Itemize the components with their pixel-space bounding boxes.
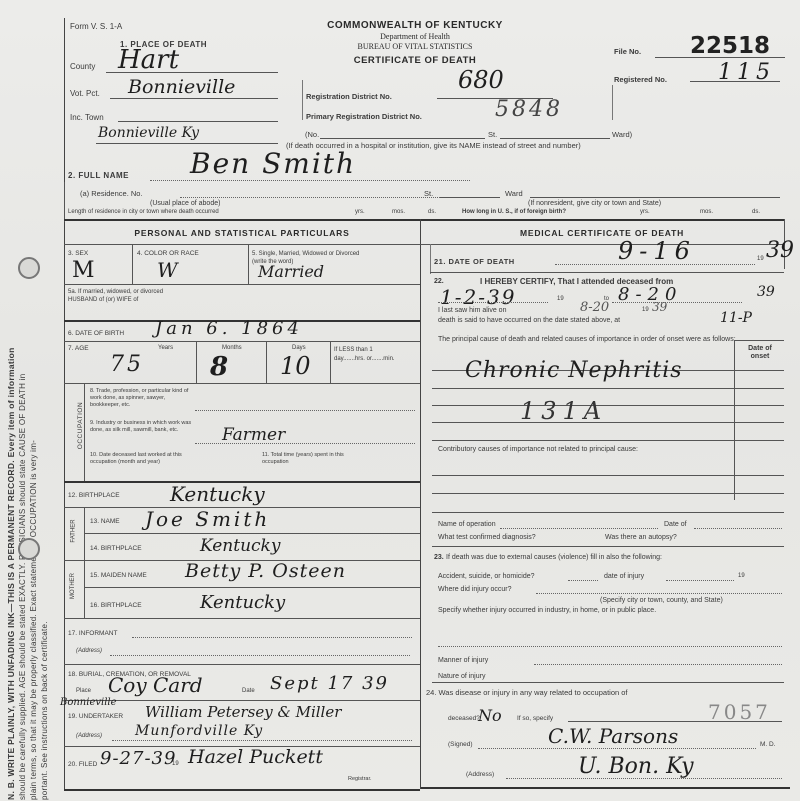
father-name-value: Joe Smith [145, 507, 270, 531]
date-of-death-label: 21. DATE OF DEATH [434, 257, 515, 266]
reg-divider-right [612, 85, 613, 120]
occupation-related-value: No [478, 706, 502, 725]
trade-label: 8. Trade, profession, or particular kind… [90, 388, 195, 409]
burial-date-value: Sept 17 39 [270, 673, 389, 694]
us-yrs-label: yrs. [640, 209, 650, 215]
date-of-death-year-prefix: 19 [757, 256, 764, 262]
accident-line [568, 580, 598, 581]
address-st-line [500, 138, 610, 139]
principal-cause-label: The principal cause of death and related… [438, 335, 783, 344]
address-st-label: St. [488, 130, 497, 139]
age-years-label: Years [158, 345, 173, 351]
row-divider-burial [64, 700, 420, 701]
date-of-injury-label: date of injury [604, 573, 644, 580]
city-value: Bonnieville Ky [98, 125, 199, 141]
age-months-label: Months [222, 345, 242, 351]
date-of-death-value: 9-16 [618, 237, 696, 265]
date-of-injury-line [666, 580, 734, 581]
physician-address: U. Bon. Ky [578, 754, 694, 779]
undertaker-value: William Petersey & Miller [145, 703, 341, 721]
file-no-value: 22518 [690, 33, 770, 59]
county-value: Hart [118, 45, 179, 75]
if-so-label: If so, specify [517, 715, 553, 722]
reg-divider-left [302, 80, 303, 120]
medical-header-bottom [420, 244, 784, 245]
operation-bottom [432, 546, 784, 547]
last-saw-19: 19 [642, 307, 649, 313]
bureau-title: BUREAU OF VITAL STATISTICS [290, 42, 540, 51]
age-months-divider [266, 341, 267, 383]
burial-place-label: Place [76, 688, 91, 694]
registration-district-label: Registration District No. [306, 92, 392, 101]
address-no-label: (No. [305, 130, 319, 139]
nature-label: Nature of injury [438, 673, 485, 680]
margin-line-3: plain terms, so that it may be properly … [28, 0, 39, 800]
sex-value: M [72, 258, 95, 283]
dob-label: 6. DATE OF BIRTH [68, 330, 124, 337]
external-label: If death was due to external causes (vio… [446, 554, 782, 562]
personal-section-title: PERSONAL AND STATISTICAL PARTICULARS [64, 228, 420, 238]
undertaker-label: 19. UNDERTAKER [68, 713, 123, 720]
undertaker-address-label: (Address) [76, 733, 102, 739]
attended-from-value: 1-2-39 [440, 285, 516, 309]
commonwealth-title: COMMONWEALTH OF KENTUCKY [290, 20, 540, 31]
burial-date-label: Date [242, 688, 255, 694]
age-days-divider [330, 341, 331, 383]
residence-label: (a) Residence. No. [80, 189, 143, 198]
time-of-death: 11-P [720, 310, 752, 326]
row-divider-age [64, 383, 420, 384]
filed-label: 20. FILED [68, 761, 97, 768]
registered-no-label: Registered No. [614, 75, 667, 84]
full-name-line [150, 180, 470, 181]
inc-town-label: Inc. Town [70, 113, 104, 122]
vot-pct-label: Vot. Pct. [70, 89, 100, 98]
vot-pct-line [110, 98, 278, 99]
father-birthplace-value: Kentucky [200, 536, 280, 556]
age-years-divider [196, 341, 197, 383]
residence-ward-line [530, 197, 780, 198]
age-years-value: 75 [110, 352, 144, 377]
punch-hole-bottom [18, 538, 40, 560]
registrar-signature: Hazel Puckett [188, 746, 323, 768]
length-ds-label: ds. [428, 209, 436, 215]
autopsy-label: Was there an autopsy? [605, 534, 677, 541]
where-injury-label: Where did injury occur? [438, 586, 512, 593]
row-divider-mother-name [84, 587, 420, 588]
test-label: What test confirmed diagnosis? [438, 534, 536, 541]
color-value: W [157, 258, 178, 282]
date-of-death-bottom [430, 272, 784, 273]
age-days-label: Days [292, 345, 306, 351]
us-mos-label: mos. [700, 209, 713, 215]
county-label: County [70, 62, 95, 71]
informant-line [132, 637, 412, 638]
row-divider-sex [64, 284, 420, 285]
residence-ward-label: Ward [505, 189, 523, 198]
sex-label: 3. SEX [68, 250, 88, 257]
residence-line [180, 197, 450, 198]
contributory-label: Contributory causes of importance not re… [438, 446, 688, 454]
bottom-frame-right [420, 787, 790, 789]
primary-registration-label: Primary Registration District No. [306, 112, 422, 121]
cause-line-4 [432, 422, 784, 423]
address-label: (Address) [466, 771, 494, 778]
attended-from-line [438, 302, 548, 303]
burial-town-value: Bonnieville [60, 697, 117, 708]
last-worked-label: 10. Date deceased last worked at this oc… [90, 452, 195, 466]
mother-birthplace-label: 16. BIRTHPLACE [90, 602, 142, 609]
industry-line [195, 443, 415, 444]
physician-signature: C.W. Parsons [548, 724, 678, 748]
occupation-related-label: 24. Was disease or injury in any way rel… [426, 688, 628, 697]
file-no-label: File No. [614, 47, 641, 56]
primary-registration-value: 5848 [495, 97, 563, 122]
last-saw-label: I last saw him alive on [438, 307, 506, 314]
margin-line-1: N. B. WRITE PLAINLY, WITH UNFADING INK—T… [6, 0, 17, 800]
injury-place-line [438, 646, 782, 647]
date-of-death-year: 39 [766, 238, 794, 263]
punch-hole-top [18, 257, 40, 279]
operation-line [500, 528, 658, 529]
dob-value: Jan 6. 1864 [155, 318, 303, 339]
color-label: 4. COLOR OR RACE [137, 250, 199, 257]
undertaker-address-value: Munfordville Ky [135, 723, 263, 739]
department-title: Department of Health [290, 32, 540, 41]
full-name-value: Ben Smith [190, 147, 356, 180]
section-divider [64, 219, 784, 221]
nonresident-note: (If nonresident, give city or town and S… [528, 200, 661, 207]
industry-value: Farmer [222, 425, 285, 445]
father-birthplace-label: 14. BIRTHPLACE [90, 545, 142, 552]
attended-19: 19 [557, 296, 564, 302]
registrar-label: Registrar. [348, 776, 372, 782]
vot-pct-value: Bonnieville [128, 76, 235, 98]
marital-value: Married [258, 262, 324, 281]
less-than-label: If LESS than 1 day.......hrs. or.......m… [334, 346, 404, 364]
cause-line-2 [432, 388, 784, 389]
left-frame-line [64, 18, 65, 790]
margin-line-4: portant. See instructions on back of cer… [39, 0, 50, 800]
cause-line-6 [432, 475, 784, 476]
row-divider-dob [64, 341, 420, 342]
father-side-label: FATHER [71, 519, 77, 542]
margin-line-2: should be carefully supplied. AGE should… [17, 0, 28, 800]
nature-line [432, 682, 784, 683]
residence-st-label: St. [424, 189, 433, 198]
deceased-label: deceased? [448, 715, 480, 722]
informant-address-label: (Address) [76, 648, 102, 654]
signed-line [478, 748, 756, 749]
external-number: 23. [434, 554, 444, 561]
age-label: 7. AGE [68, 345, 89, 352]
operation-date-label: Date of [664, 521, 687, 528]
color-divider [248, 244, 249, 284]
length-mos-label: mos. [392, 209, 405, 215]
mother-birthplace-value: Kentucky [200, 592, 285, 613]
last-saw-year: 39 [652, 300, 667, 314]
column-divider [420, 219, 421, 789]
death-certificate-page: N. B. WRITE PLAINLY, WITH UNFADING INK—T… [0, 0, 800, 801]
last-saw-value: 8-20 [580, 300, 609, 315]
date-of-onset-label: Date of onset [742, 345, 778, 361]
operation-label: Name of operation [438, 521, 496, 528]
file-no-line [655, 57, 785, 58]
accident-label: Accident, suicide, or homicide? [438, 573, 535, 580]
death-said-label: death is said to have occurred on the da… [438, 316, 728, 325]
trade-line [195, 410, 415, 411]
usual-abode-label: (Usual place of abode) [150, 200, 220, 207]
specify-city-label: (Specify city or town, county, and State… [600, 597, 723, 604]
row-divider-mother [64, 618, 420, 619]
age-months-value: 8 [210, 352, 228, 382]
medical-section-title: MEDICAL CERTIFICATE OF DEATH [420, 228, 784, 238]
address-ward-label: Ward) [612, 130, 632, 139]
manner-label: Manner of injury [438, 657, 488, 664]
registration-district-value: 680 [458, 66, 504, 94]
county-line [106, 72, 278, 73]
row-divider-father-name [84, 533, 420, 534]
registered-no-line [690, 81, 780, 82]
total-time-label: 11. Total time (years) spent in this occ… [262, 452, 347, 466]
specify-where-label: Specify whether injury occurred in indus… [438, 607, 783, 615]
operation-date-line [694, 528, 782, 529]
certify-number: 22. [434, 278, 444, 285]
row-divider-informant [64, 664, 420, 665]
manner-line [534, 664, 782, 665]
address-no-line [320, 138, 485, 139]
inc-town-line [118, 121, 278, 122]
principal-cause-value: Chronic Nephritis [465, 358, 683, 383]
father-name-label: 13. NAME [90, 518, 120, 525]
signed-label: (Signed) [448, 741, 473, 748]
mother-maiden-label: 15. MAIDEN NAME [90, 572, 147, 579]
cause-line-3 [432, 405, 784, 406]
length-residence-label: Length of residence in city or town wher… [68, 209, 219, 215]
sex-divider [132, 244, 133, 284]
filed-value: 9-27-39 [100, 748, 176, 769]
occupation-side-label: OCCUPATION [77, 402, 84, 449]
cause-line-8 [432, 512, 784, 513]
address-line [506, 778, 782, 779]
date-of-death-line [555, 264, 755, 265]
residence-left-border [64, 182, 65, 222]
how-long-us-label: How long in U. S., if of foreign birth? [462, 209, 566, 215]
margin-instructions: N. B. WRITE PLAINLY, WITH UNFADING INK—T… [2, 0, 54, 801]
informant-address-line [110, 655, 410, 656]
mother-side-label: MOTHER [70, 573, 76, 599]
full-name-label: 2. FULL NAME [68, 171, 129, 180]
length-yrs-label: yrs. [355, 209, 365, 215]
cause-line-5 [432, 440, 784, 441]
stamp-code: 7057 [708, 700, 771, 724]
cause-code: 131A [520, 397, 607, 425]
attended-to-line [612, 302, 742, 303]
date-death-left [430, 244, 431, 274]
md-label: M. D. [760, 741, 776, 748]
spouse-label: 5a. If married, widowed, or divorced HUS… [68, 288, 188, 304]
city-line [96, 143, 278, 144]
where-injury-line [536, 593, 782, 594]
age-days-value: 10 [280, 352, 311, 380]
attended-to-year: 39 [757, 284, 775, 300]
filed-year-prefix: 19 [172, 761, 179, 767]
mother-maiden-value: Betty P. Osteen [185, 560, 346, 582]
undertaker-address-line [112, 740, 412, 741]
date-of-onset-column [734, 340, 784, 500]
burial-place-value: Coy Card [108, 673, 203, 697]
bottom-frame-left [64, 789, 420, 791]
industry-label: 9. Industry or business in which work wa… [90, 420, 195, 434]
residence-st-line [440, 197, 500, 198]
cause-line-7 [432, 493, 784, 494]
birthplace-value: Kentucky [170, 482, 265, 506]
date-of-injury-19: 19 [738, 573, 745, 579]
mother-side-divider [84, 560, 85, 618]
form-number: Form V. S. 1-A [70, 22, 122, 31]
certificate-title: CERTIFICATE OF DEATH [290, 55, 540, 66]
birthplace-label: 12. BIRTHPLACE [68, 492, 120, 499]
informant-label: 17. INFORMANT [68, 630, 117, 637]
us-ds-label: ds. [752, 209, 760, 215]
personal-header-bottom [64, 244, 420, 245]
